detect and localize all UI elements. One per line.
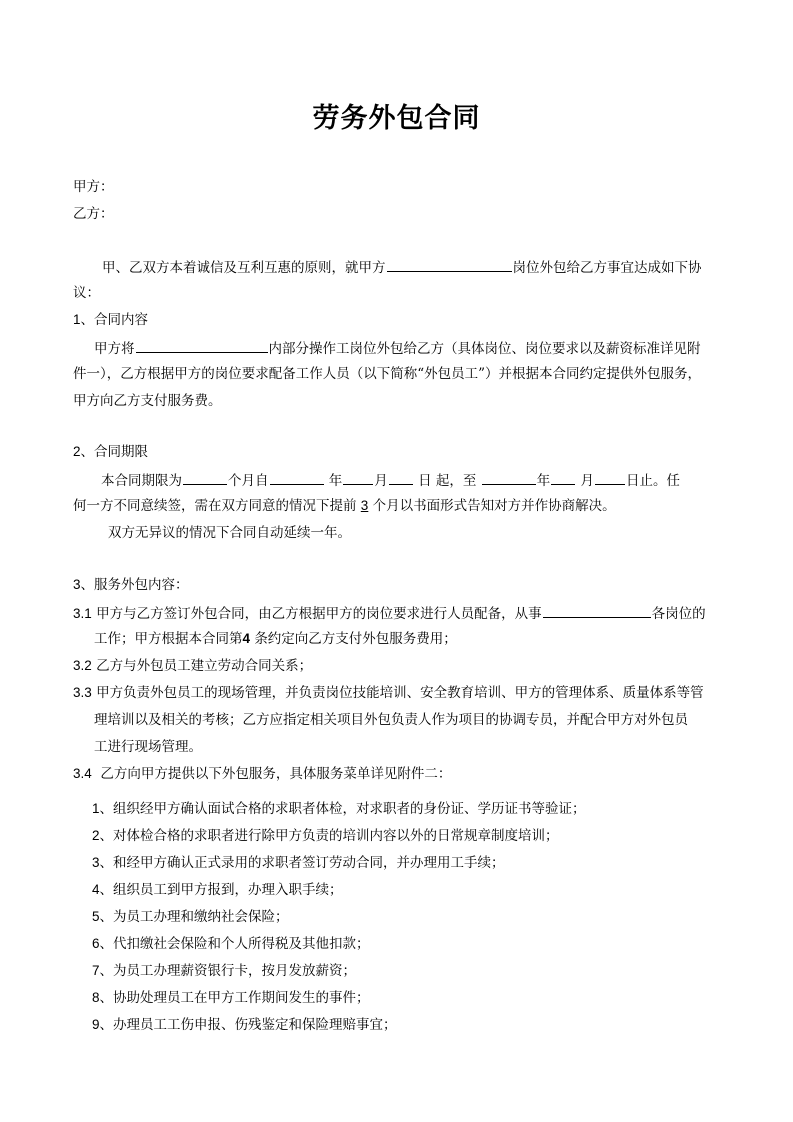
term-months-blank[interactable] xyxy=(183,470,227,485)
clause-3-4: 3.4 乙方向甲方提供以下外包服务，具体服务菜单详见附件二： xyxy=(73,765,451,783)
section-2-notice-line: 何一方不同意续签，需在双方同意的情况下提前 3 个月以书面形式告知对方并作协商解… xyxy=(73,497,616,515)
section-2-renewal-line: 双方无异议的情况下合同自动延续一年。 xyxy=(108,524,351,542)
section-2-heading: 2、合同期限 xyxy=(73,443,148,461)
end-month-blank[interactable] xyxy=(551,470,575,485)
start-day-blank[interactable] xyxy=(389,470,413,485)
section-1-para-line-3: 甲方向乙方支付服务费。 xyxy=(73,392,222,410)
section-2-term-line: 本合同期限为个月自 年月 日 起，至 年 月日止。任 xyxy=(101,470,680,490)
service-item: 2、对体检合格的求职者进行除甲方负责的培训内容以外的日常规章制度培训； xyxy=(92,827,559,845)
section-1-heading: 1、合同内容 xyxy=(73,311,148,329)
clause-3-3-line-3: 工进行现场管理。 xyxy=(94,738,202,756)
end-year-blank[interactable] xyxy=(482,470,536,485)
service-item: 6、代扣缴社会保险和个人所得税及其他扣款； xyxy=(92,935,370,953)
section-1-para-line-1: 甲方将内部分操作工岗位外包给乙方（具体岗位、岗位要求以及薪资标准详见附 xyxy=(94,338,701,358)
position-blank[interactable] xyxy=(387,257,512,272)
intro-text-1: 甲、乙双方本着诚信及互利互惠的原则，就甲方 xyxy=(102,260,386,276)
clause-3-1-line-1: 3.1 甲方与乙方签订外包合同，由乙方根据甲方的岗位要求进行人员配备，从事各岗位… xyxy=(73,603,706,623)
service-item: 7、为员工办理薪资银行卡，按月发放薪资； xyxy=(92,962,356,980)
clause-3-1-line-2: 工作；甲方根据本合同第4 条约定向乙方支付外包服务费用； xyxy=(94,630,457,648)
party-b-label: 乙方： xyxy=(73,205,114,223)
clause-3-3-line-1: 3.3 甲方负责外包员工的现场管理，并负责岗位技能培训、安全教育培训、甲方的管理… xyxy=(73,684,704,702)
intro-line-1: 甲、乙双方本着诚信及互利互惠的原则，就甲方岗位外包给乙方事宜达成如下协 xyxy=(102,257,702,277)
end-day-blank[interactable] xyxy=(595,470,625,485)
service-item: 3、和经甲方确认正式录用的求职者签订劳动合同，并办理用工手续； xyxy=(92,854,505,872)
service-item: 5、为员工办理和缴纳社会保险； xyxy=(92,908,289,926)
department-blank[interactable] xyxy=(136,338,268,353)
service-item: 4、组织员工到甲方报到，办理入职手续； xyxy=(92,881,343,899)
party-a-label: 甲方： xyxy=(73,178,114,196)
document-title: 劳务外包合同 xyxy=(0,96,793,135)
clause-3-3-line-2: 理培训以及相关的考核；乙方应指定相关项目外包负责人作为项目的协调专员，并配合甲方… xyxy=(94,711,688,729)
clause-3-2: 3.2 乙方与外包员工建立劳动合同关系； xyxy=(73,657,312,675)
notice-months-value: 3 xyxy=(361,498,369,513)
service-item: 8、协助处理员工在甲方工作期间发生的事件； xyxy=(92,989,370,1007)
service-item: 9、办理员工工伤申报、伤残鉴定和保险理赔事宜； xyxy=(92,1016,397,1034)
start-month-blank[interactable] xyxy=(343,470,373,485)
start-year-blank[interactable] xyxy=(270,470,324,485)
intro-line-2: 议： xyxy=(73,284,100,302)
section-3-heading: 3、服务外包内容： xyxy=(73,576,189,594)
service-item: 1、组织经甲方确认面试合格的求职者体检，对求职者的身份证、学历证书等验证； xyxy=(92,800,586,818)
document-page: 劳务外包合同 甲方： 乙方： 甲、乙双方本着诚信及互利互惠的原则，就甲方岗位外包… xyxy=(0,0,793,1122)
intro-text-2: 岗位外包给乙方事宜达成如下协 xyxy=(513,260,702,276)
duties-blank[interactable] xyxy=(543,603,651,618)
section-1-para-line-2: 件一），乙方根据甲方的岗位要求配备工作人员（以下简称“外包员工”）并根据本合同约… xyxy=(73,365,701,383)
